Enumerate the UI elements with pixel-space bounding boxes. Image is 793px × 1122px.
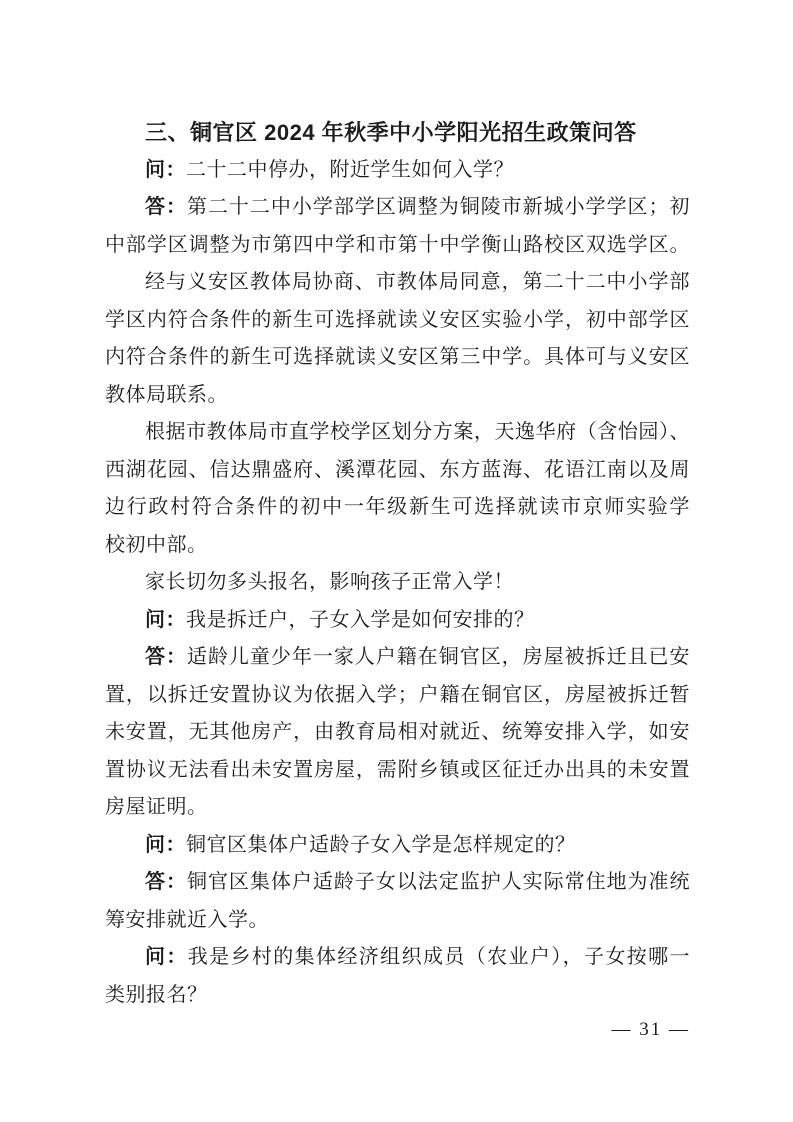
question-label: 问： — [145, 609, 186, 631]
document-page: 三、铜官区 2024 年秋季中小学阳光招生政策问答 问：二十二中停办，附近学生如… — [0, 0, 793, 1122]
line-text: 铜官区集体户适龄子女入学是怎样规定的？ — [186, 834, 576, 856]
line-text: 筹安排就近入学。 — [105, 909, 269, 931]
text-line: 未安置，无其他房产，由教育局相对就近、统筹安排入学，如安 — [105, 714, 690, 752]
text-line: 西湖花园、信达鼎盛府、溪潭花园、东方蓝海、花语江南以及周 — [105, 452, 690, 490]
line-text: 经与义安区教体局协商、市教体局同意，第二十二中小学部 — [145, 271, 690, 293]
question-label: 问： — [145, 159, 186, 181]
line-text: 边行政村符合条件的初中一年级新生可选择就读市京师实验学 — [105, 496, 690, 518]
line-text: 置协议无法看出未安置房屋，需附乡镇或区征迁办出具的未安置 — [105, 759, 690, 781]
text-line: 答：适龄儿童少年一家人户籍在铜官区，房屋被拆迁且已安 — [105, 639, 690, 677]
question-label: 问： — [145, 946, 188, 968]
line-text: 根据市教体局市直学校学区划分方案，天逸华府（含怡园）、 — [145, 421, 690, 443]
text-line: 答：第二十二中小学部学区调整为铜陵市新城小学学区；初 — [105, 189, 690, 227]
line-text: 西湖花园、信达鼎盛府、溪潭花园、东方蓝海、花语江南以及周 — [105, 459, 690, 481]
section-title: 三、铜官区 2024 年秋季中小学阳光招生政策问答 — [105, 114, 690, 152]
text-line: 家长切勿多头报名，影响孩子正常入学！ — [105, 564, 690, 602]
text-line: 根据市教体局市直学校学区划分方案，天逸华府（含怡园）、 — [105, 414, 690, 452]
line-text: 类别报名？ — [105, 984, 208, 1006]
line-text: 适龄儿童少年一家人户籍在铜官区，房屋被拆迁且已安 — [187, 646, 690, 668]
line-text: 铜官区集体户适龄子女以法定监护人实际常住地为准统 — [187, 871, 690, 893]
answer-label: 答： — [145, 646, 187, 668]
line-text: 校初中部。 — [105, 534, 208, 556]
text-line: 经与义安区教体局协商、市教体局同意，第二十二中小学部 — [105, 264, 690, 302]
text-line: 问：二十二中停办，附近学生如何入学？ — [105, 152, 690, 190]
text-line: 校初中部。 — [105, 527, 690, 565]
text-line: 教体局联系。 — [105, 377, 690, 415]
text-line: 置，以拆迁安置协议为依据入学；户籍在铜官区，房屋被拆迁暂 — [105, 677, 690, 715]
text-line: 置协议无法看出未安置房屋，需附乡镇或区征迁办出具的未安置 — [105, 752, 690, 790]
line-text: 教体局联系。 — [105, 384, 228, 406]
text-line: 答：铜官区集体户适龄子女以法定监护人实际常住地为准统 — [105, 864, 690, 902]
answer-label: 答： — [145, 196, 187, 218]
text-line: 问：我是乡村的集体经济组织成员（农业户），子女按哪一 — [105, 939, 690, 977]
text-line: 边行政村符合条件的初中一年级新生可选择就读市京师实验学 — [105, 489, 690, 527]
text-line: 类别报名？ — [105, 977, 690, 1015]
line-text: 第二十二中小学部学区调整为铜陵市新城小学学区；初 — [187, 196, 690, 218]
line-text: 内符合条件的新生可选择就读义安区第三中学。具体可与义安区 — [105, 346, 690, 368]
text-line: 筹安排就近入学。 — [105, 902, 690, 940]
text-line: 问：铜官区集体户适龄子女入学是怎样规定的？ — [105, 827, 690, 865]
text-line: 内符合条件的新生可选择就读义安区第三中学。具体可与义安区 — [105, 339, 690, 377]
line-text: 房屋证明。 — [105, 796, 208, 818]
text-line: 中部学区调整为市第四中学和市第十中学衡山路校区双选学区。 — [105, 227, 690, 265]
text-line: 房屋证明。 — [105, 789, 690, 827]
question-label: 问： — [145, 834, 186, 856]
text-line: 问：我是拆迁户，子女入学是如何安排的？ — [105, 602, 690, 640]
answer-label: 答： — [145, 871, 187, 893]
line-text: 置，以拆迁安置协议为依据入学；户籍在铜官区，房屋被拆迁暂 — [105, 684, 690, 706]
line-text: 二十二中停办，附近学生如何入学？ — [186, 159, 514, 181]
line-text: 中部学区调整为市第四中学和市第十中学衡山路校区双选学区。 — [105, 234, 690, 256]
line-text: 我是拆迁户，子女入学是如何安排的？ — [186, 609, 535, 631]
page-number: — 31 — — [105, 1018, 690, 1042]
line-text: 学区内符合条件的新生可选择就读义安区实验小学，初中部学区 — [105, 309, 690, 331]
line-text: 家长切勿多头报名，影响孩子正常入学！ — [145, 571, 514, 593]
document-body: 三、铜官区 2024 年秋季中小学阳光招生政策问答 问：二十二中停办，附近学生如… — [105, 114, 690, 1014]
text-line: 学区内符合条件的新生可选择就读义安区实验小学，初中部学区 — [105, 302, 690, 340]
line-text: 我是乡村的集体经济组织成员（农业户），子女按哪一 — [188, 946, 690, 968]
line-text: 未安置，无其他房产，由教育局相对就近、统筹安排入学，如安 — [105, 721, 690, 743]
